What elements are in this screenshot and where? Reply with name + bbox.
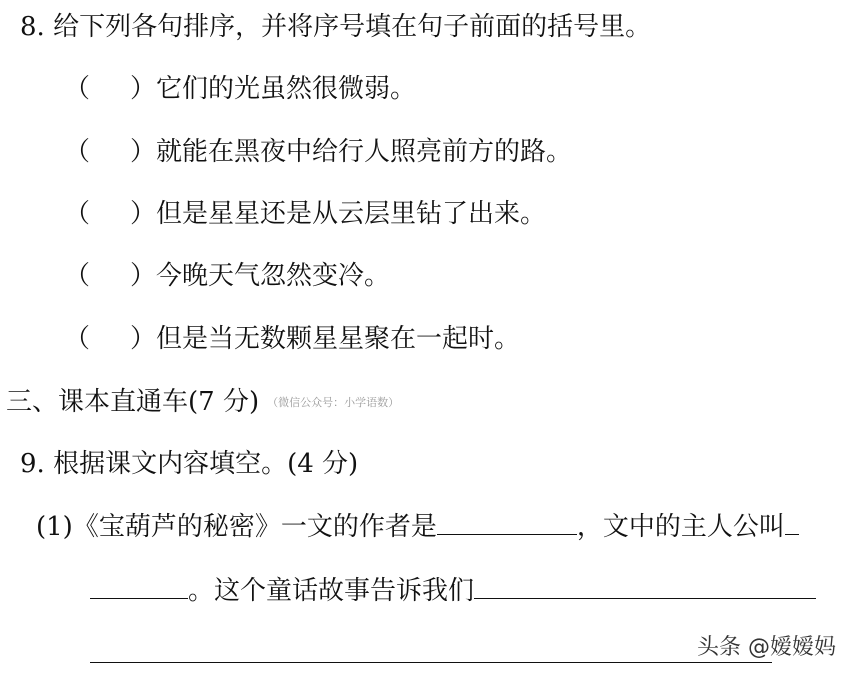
- ordering-option: （）但是当无数颗星星聚在一起时。: [64, 322, 520, 356]
- option-text: 它们的光虽然很微弱。: [156, 74, 416, 104]
- question-text: 根据课文内容填空。(4 分): [53, 449, 358, 479]
- toutiao-watermark: 头条 @嫒嫒妈: [697, 630, 836, 661]
- question-text: 给下列各句排序，并将序号填在句子前面的括号里。: [53, 12, 651, 42]
- wechat-watermark: （微信公众号：小学语数）: [267, 396, 399, 409]
- answer-paren-close: ）: [130, 259, 156, 293]
- answer-paren-close: ）: [130, 72, 156, 106]
- protagonist-blank-start[interactable]: [785, 508, 799, 535]
- author-blank[interactable]: [437, 508, 577, 535]
- lesson-blank[interactable]: [474, 572, 816, 599]
- question-9-sub-1-line-2: 。这个童话故事告诉我们: [90, 572, 816, 608]
- ordering-option: （）但是星星还是从云层里钻了出来。: [64, 197, 546, 231]
- answer-paren-open[interactable]: （: [64, 135, 130, 169]
- question-9-prompt: 9. 根据课文内容填空。(4 分): [20, 447, 358, 481]
- question-number: 9.: [20, 449, 45, 479]
- section-3-heading: 三、课本直通车(7 分)（微信公众号：小学语数）: [6, 385, 399, 420]
- sub-question-text: 。这个童话故事告诉我们: [188, 576, 474, 606]
- option-text: 今晚天气忽然变冷。: [156, 261, 390, 291]
- section-title: 三、课本直通车(7 分): [6, 387, 259, 417]
- answer-paren-open[interactable]: （: [64, 259, 130, 293]
- sub-question-text: (1)《宝葫芦的秘密》一文的作者是: [36, 512, 437, 542]
- ordering-option: （）就能在黑夜中给行人照亮前方的路。: [64, 135, 572, 169]
- answer-paren-open[interactable]: （: [64, 72, 130, 106]
- question-number: 8.: [20, 12, 45, 42]
- protagonist-blank[interactable]: [90, 572, 188, 599]
- question-8-prompt: 8. 给下列各句排序，并将序号填在句子前面的括号里。: [20, 10, 651, 44]
- answer-paren-close: ）: [130, 135, 156, 169]
- question-9-sub-1: (1)《宝葫芦的秘密》一文的作者是，文中的主人公叫: [36, 508, 799, 544]
- answer-paren-close: ）: [130, 197, 156, 231]
- answer-paren-open[interactable]: （: [64, 197, 130, 231]
- option-text: 但是星星还是从云层里钻了出来。: [156, 199, 546, 229]
- option-text: 但是当无数颗星星聚在一起时。: [156, 324, 520, 354]
- answer-paren-close: ）: [130, 322, 156, 356]
- lesson-blank-continued[interactable]: [90, 662, 772, 663]
- option-text: 就能在黑夜中给行人照亮前方的路。: [156, 137, 572, 167]
- answer-paren-open[interactable]: （: [64, 322, 130, 356]
- sub-question-text: ，文中的主人公叫: [577, 512, 785, 542]
- ordering-option: （）它们的光虽然很微弱。: [64, 72, 416, 106]
- ordering-option: （）今晚天气忽然变冷。: [64, 259, 390, 293]
